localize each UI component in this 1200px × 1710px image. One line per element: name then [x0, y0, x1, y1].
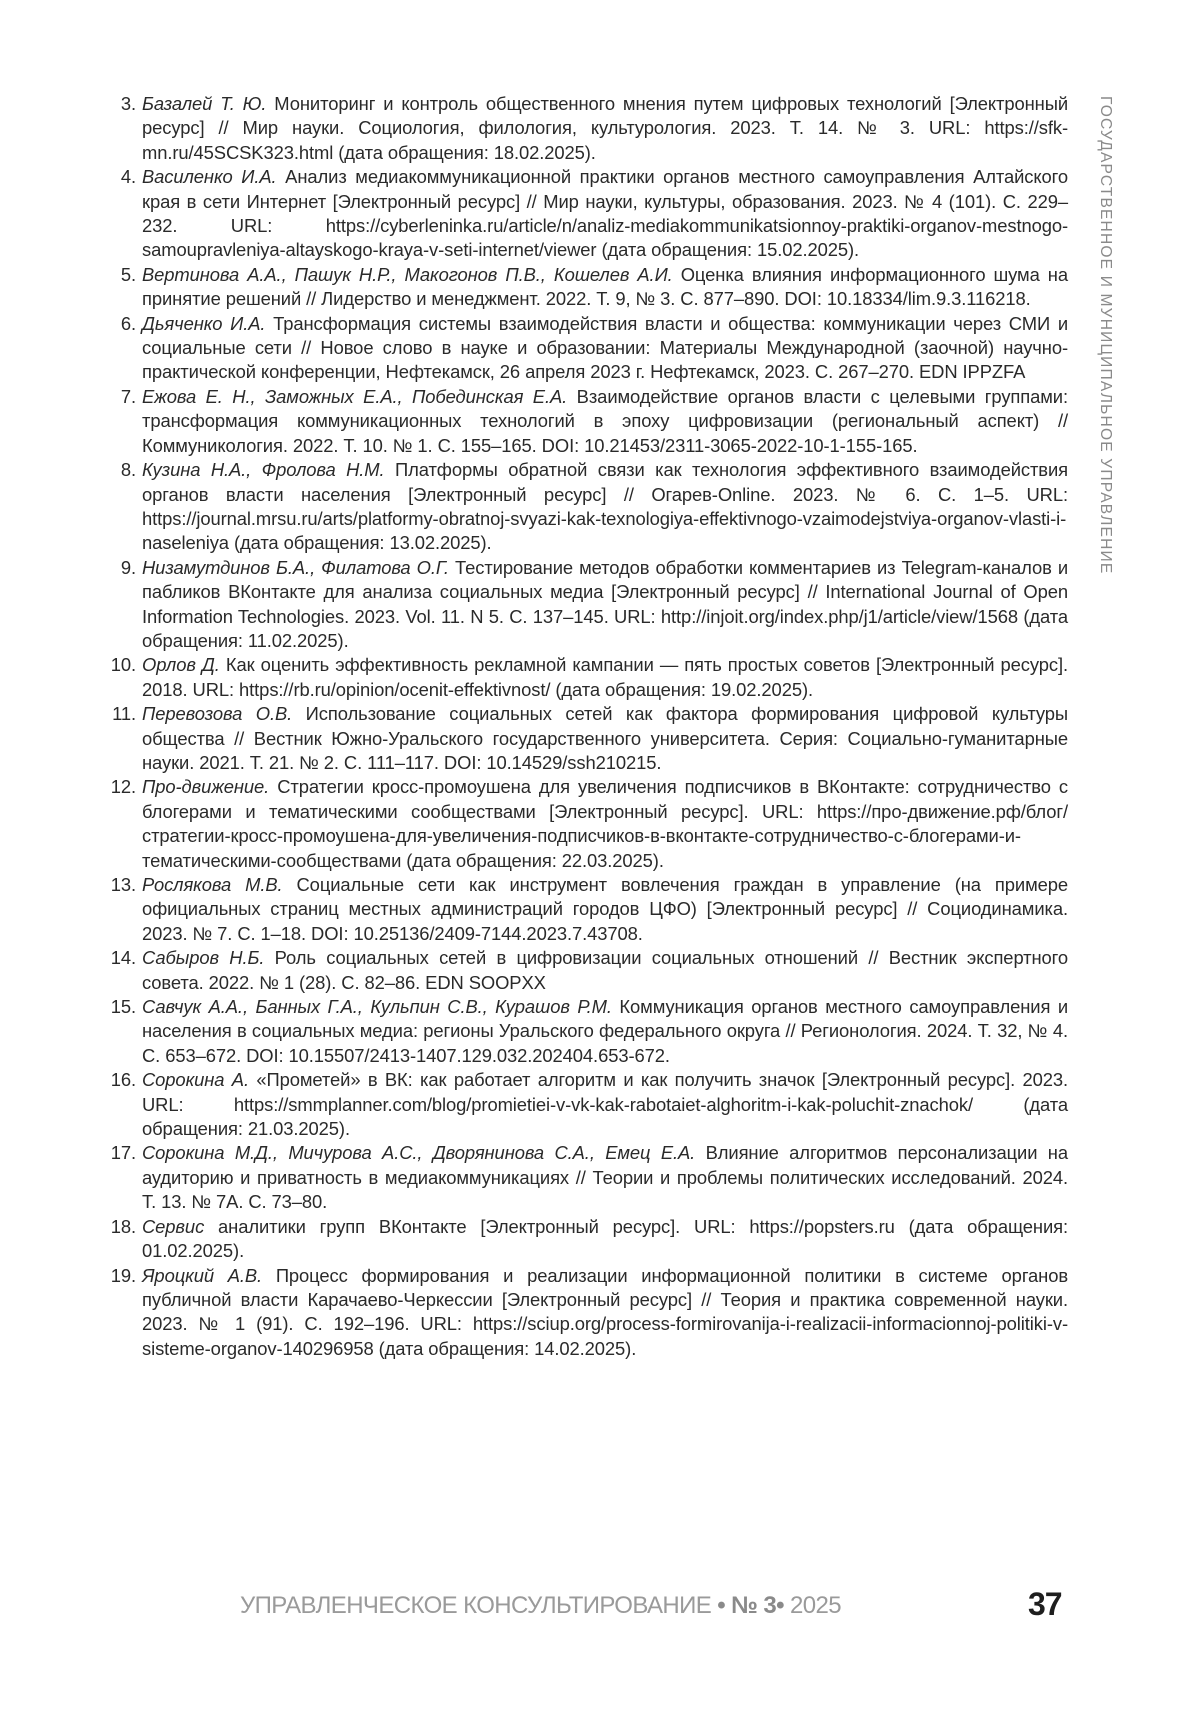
- reference-item: 9.Низамутдинов Б.А., Филатова О.Г. Тести…: [106, 556, 1068, 654]
- reference-number: 8.: [106, 458, 136, 482]
- reference-authors: Савчук А.А., Банных Г.А., Кульпин С.В., …: [142, 996, 612, 1017]
- issue-year: 2025: [790, 1592, 841, 1619]
- reference-number: 4.: [106, 165, 136, 189]
- reference-text: Роль социальных сетей в цифровизации соц…: [142, 947, 1068, 992]
- reference-item: 15.Савчук А.А., Банных Г.А., Кульпин С.В…: [106, 995, 1068, 1068]
- reference-authors: Яроцкий А.В.: [142, 1265, 262, 1286]
- reference-authors: Сорокина М.Д., Мичурова А.С., Дворянинов…: [142, 1142, 695, 1163]
- reference-item: 13.Рослякова М.В. Социальные сети как ин…: [106, 873, 1068, 946]
- reference-authors: Вертинова А.А., Пашук Н.Р., Макогонов П.…: [142, 264, 673, 285]
- reference-number: 18.: [106, 1215, 136, 1239]
- issue-number: № 3: [731, 1592, 776, 1619]
- reference-authors: Ежова Е. Н., Заможных Е.А., Побединская …: [142, 386, 567, 407]
- reference-text: Процесс формирования и реализации информ…: [142, 1265, 1068, 1359]
- reference-item: 8.Кузина Н.А., Фролова Н.М. Платформы об…: [106, 458, 1068, 556]
- page-number: 37: [1028, 1586, 1062, 1623]
- reference-item: 12.Про-движение. Стратегии кросс-промоуш…: [106, 775, 1068, 873]
- journal-page: 3.Базалей Т. Ю. Мониторинг и контроль об…: [0, 0, 1200, 1710]
- reference-authors: Рослякова М.В.: [142, 874, 283, 895]
- reference-authors: Орлов Д.: [142, 654, 220, 675]
- reference-authors: Сабыров Н.Б.: [142, 947, 264, 968]
- reference-authors: Низамутдинов Б.А., Филатова О.Г.: [142, 557, 449, 578]
- reference-number: 15.: [106, 995, 136, 1019]
- reference-authors: Кузина Н.А., Фролова Н.М.: [142, 459, 385, 480]
- reference-authors: Базалей Т. Ю.: [142, 93, 266, 114]
- reference-number: 14.: [106, 946, 136, 970]
- page-footer: УПРАВЛЕНЧЕСКОЕ КОНСУЛЬТИРОВАНИЕ • № 3• 2…: [0, 1590, 1200, 1630]
- reference-text: Как оценить эффективность рекламной камп…: [142, 654, 1068, 699]
- reference-authors: Про-движение.: [142, 776, 269, 797]
- reference-item: 17.Сорокина М.Д., Мичурова А.С., Дворяни…: [106, 1141, 1068, 1214]
- section-title: ГОСУДАРСТВЕННОЕ И МУНИЦИПАЛЬНОЕ УПРАВЛЕН…: [1095, 96, 1115, 574]
- reference-item: 11.Перевозова О.В. Использование социаль…: [106, 702, 1068, 775]
- section-side-header: ГОСУДАРСТВЕННОЕ И МУНИЦИПАЛЬНОЕ УПРАВЛЕН…: [1095, 96, 1135, 676]
- reference-authors: Дьяченко И.А.: [142, 313, 265, 334]
- reference-item: 19.Яроцкий А.В. Процесс формирования и р…: [106, 1264, 1068, 1362]
- reference-number: 6.: [106, 312, 136, 336]
- reference-item: 14.Сабыров Н.Б. Роль социальных сетей в …: [106, 946, 1068, 995]
- reference-item: 18.Сервис аналитики групп ВКонтакте [Эле…: [106, 1215, 1068, 1264]
- separator-dot: •: [776, 1592, 784, 1619]
- reference-authors: Сервис: [142, 1216, 204, 1237]
- reference-item: 4.Василенко И.А. Анализ медиакоммуникаци…: [106, 165, 1068, 263]
- reference-item: 16.Сорокина А. «Прометей» в ВК: как рабо…: [106, 1068, 1068, 1141]
- reference-number: 17.: [106, 1141, 136, 1165]
- reference-text: «Прометей» в ВК: как работает алгоритм и…: [142, 1069, 1068, 1139]
- journal-title: УПРАВЛЕНЧЕСКОЕ КОНСУЛЬТИРОВАНИЕ: [240, 1592, 711, 1619]
- reference-item: 7.Ежова Е. Н., Заможных Е.А., Побединска…: [106, 385, 1068, 458]
- reference-authors: Василенко И.А.: [142, 166, 277, 187]
- reference-text: Мониторинг и контроль общественного мнен…: [142, 93, 1068, 163]
- reference-number: 11.: [106, 702, 136, 726]
- reference-text: Трансформация системы взаимодействия вла…: [142, 313, 1068, 383]
- reference-text: Анализ медиакоммуникационной практики ор…: [142, 166, 1068, 260]
- reference-number: 16.: [106, 1068, 136, 1092]
- journal-running-title: УПРАВЛЕНЧЕСКОЕ КОНСУЛЬТИРОВАНИЕ • № 3• 2…: [240, 1592, 841, 1620]
- separator-dot: •: [717, 1592, 725, 1619]
- reference-text: аналитики групп ВКонтакте [Электронный р…: [142, 1216, 1068, 1261]
- reference-number: 12.: [106, 775, 136, 799]
- reference-authors: Сорокина А.: [142, 1069, 249, 1090]
- reference-authors: Перевозова О.В.: [142, 703, 292, 724]
- reference-list: 3.Базалей Т. Ю. Мониторинг и контроль об…: [106, 92, 1068, 1361]
- reference-number: 3.: [106, 92, 136, 116]
- reference-item: 5.Вертинова А.А., Пашук Н.Р., Макогонов …: [106, 263, 1068, 312]
- reference-text: Стратегии кросс-промоушена для увеличени…: [142, 776, 1068, 870]
- reference-item: 3.Базалей Т. Ю. Мониторинг и контроль об…: [106, 92, 1068, 165]
- reference-number: 13.: [106, 873, 136, 897]
- reference-number: 7.: [106, 385, 136, 409]
- reference-number: 10.: [106, 653, 136, 677]
- reference-item: 6.Дьяченко И.А. Трансформация системы вз…: [106, 312, 1068, 385]
- reference-item: 10.Орлов Д. Как оценить эффективность ре…: [106, 653, 1068, 702]
- reference-number: 19.: [106, 1264, 136, 1288]
- reference-number: 5.: [106, 263, 136, 287]
- reference-number: 9.: [106, 556, 136, 580]
